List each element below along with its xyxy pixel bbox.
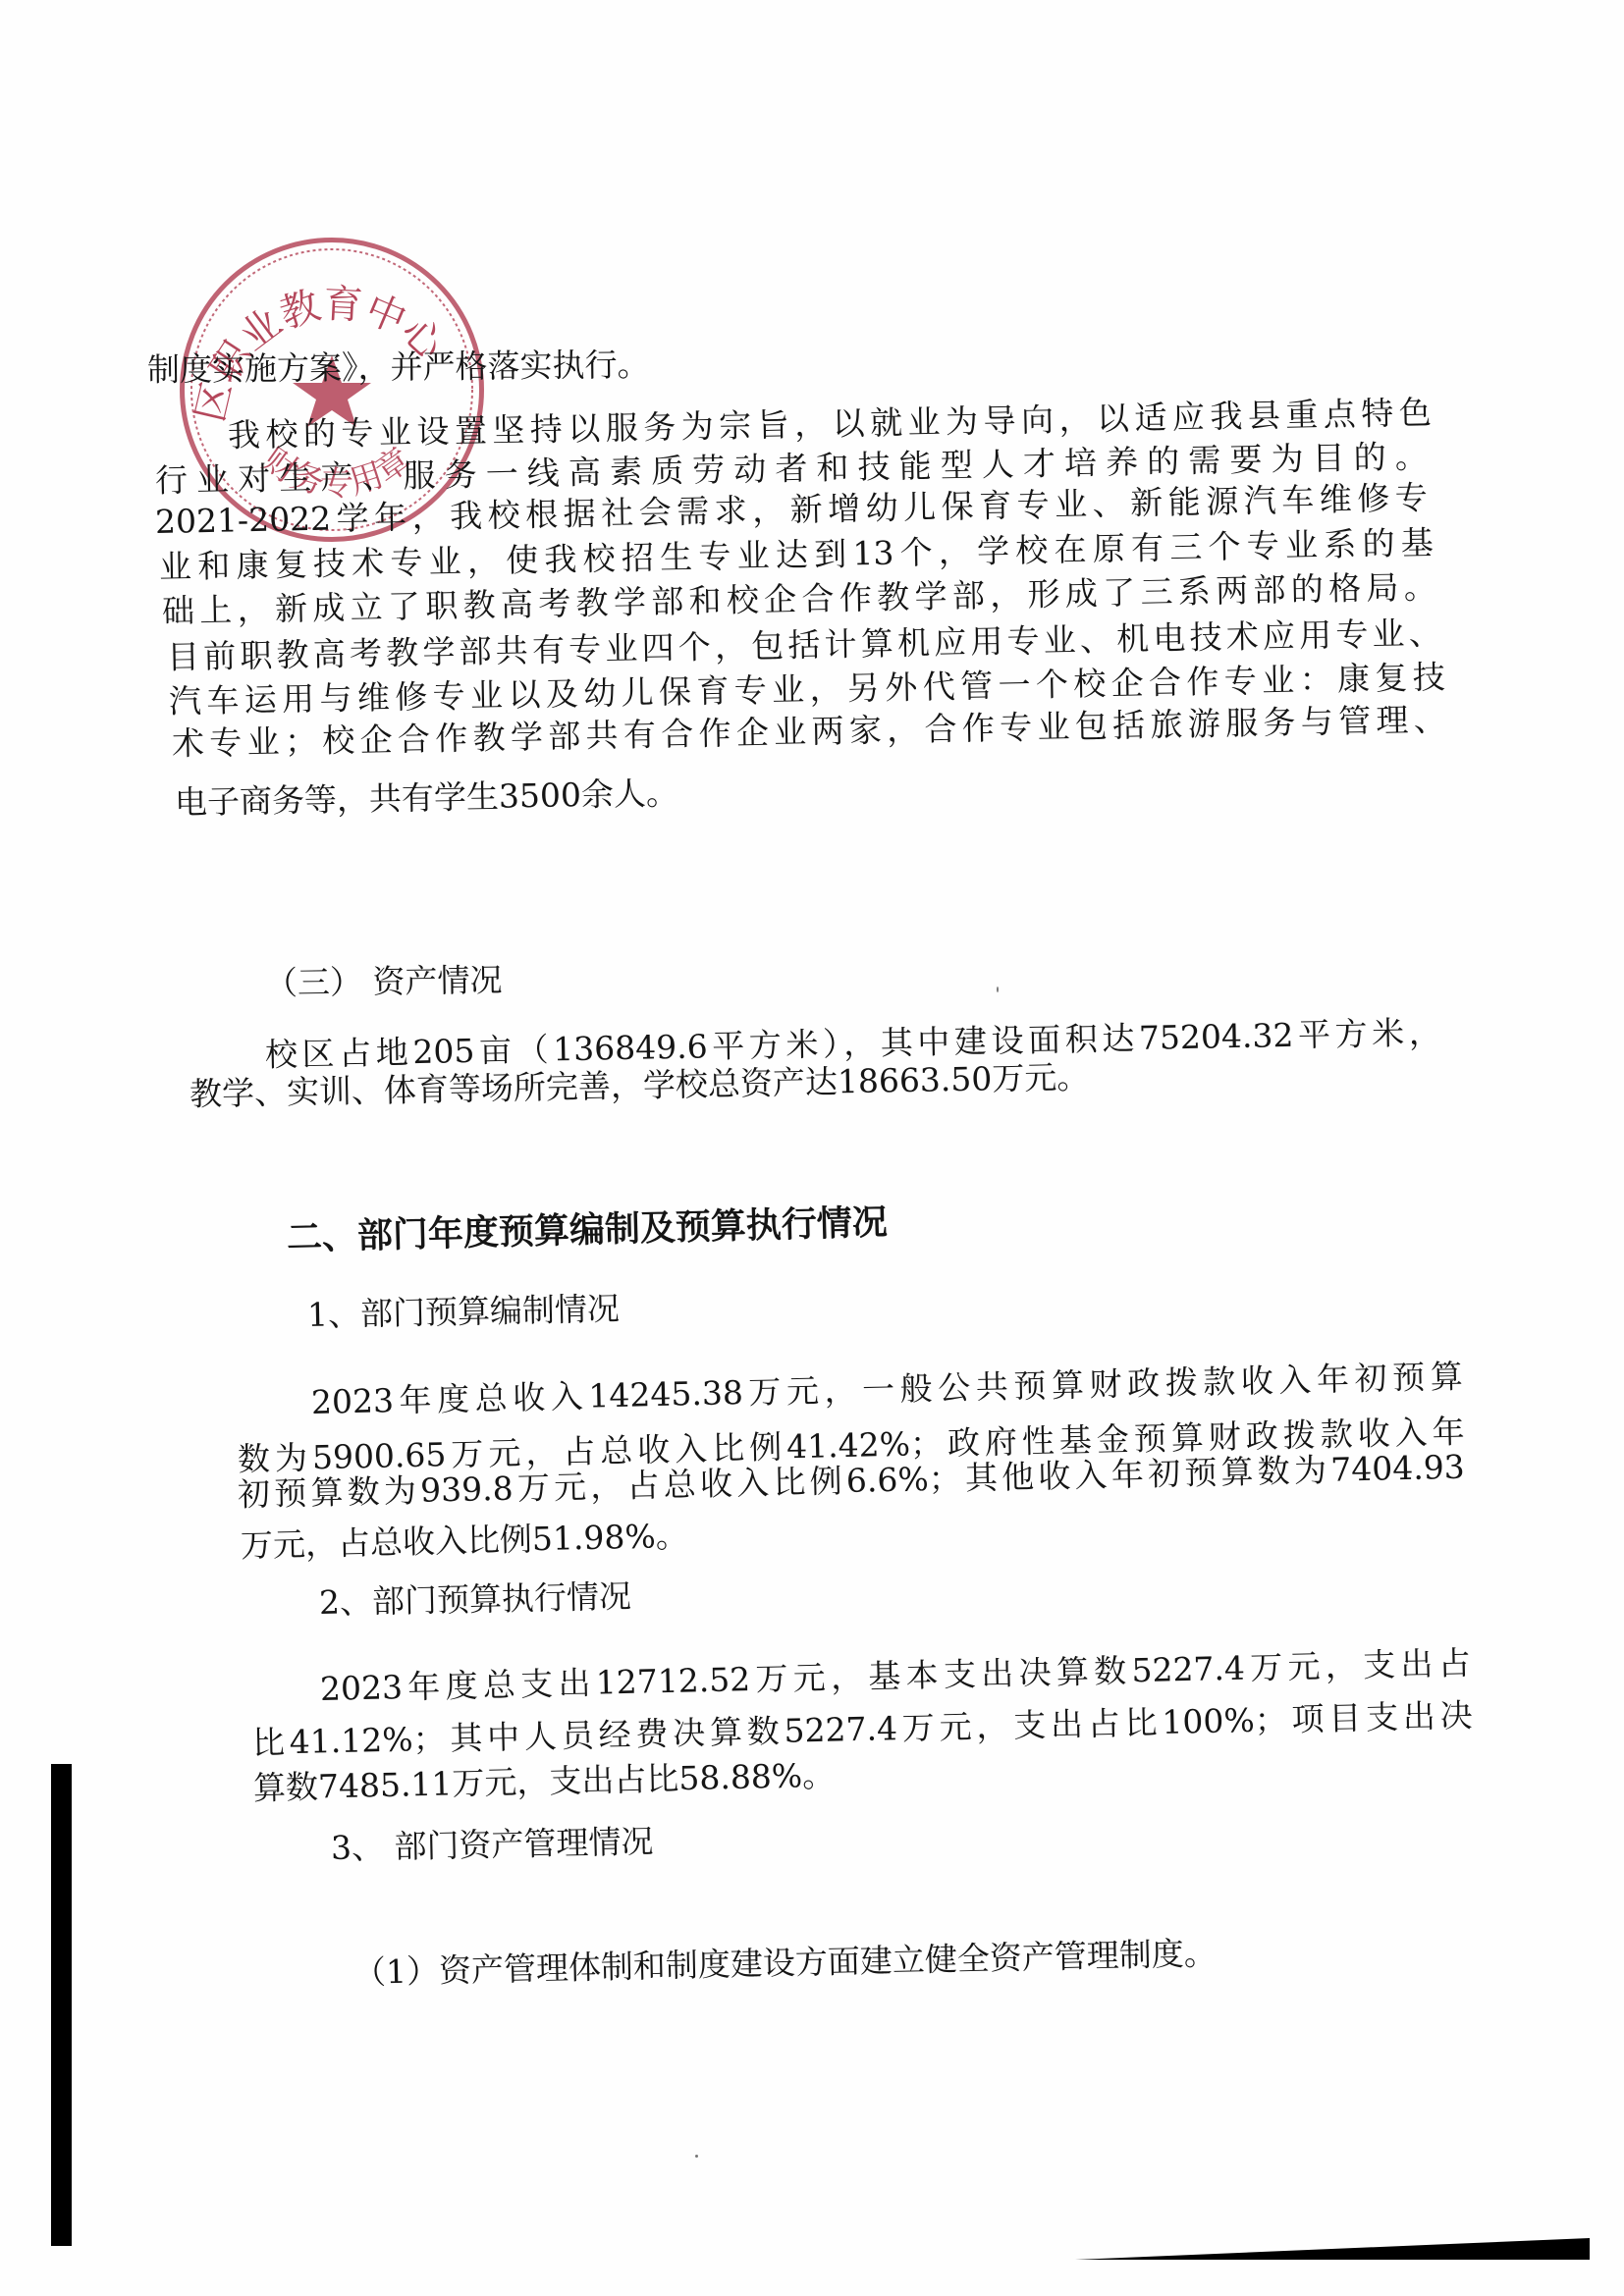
paragraph-line: 电子商务等，共有学生3500余人。 [175,774,679,823]
section-heading-budget: 二、部门年度预算编制及预算执行情况 [286,1202,888,1257]
subsection-heading-asset-management: 3、 部门资产管理情况 [331,1822,654,1868]
paragraph-line: 算数7485.11万元，支出占比58.88%。 [253,1756,836,1808]
scan-speck [1365,444,1367,446]
subsection-heading-budget-preparation: 1、部门预算编制情况 [307,1289,621,1335]
scanned-document-page: 区职业教育中心 财务专用章 制度实施方案》，并严格落实执行。 我校的专业设置坚持… [0,0,1624,2296]
paragraph-line: 2023年度总收入14245.38万元，一般公共预算财政拨款收入年初预算 [311,1357,1464,1422]
scan-speck [997,987,999,992]
intro-tail-line: 制度实施方案》，并严格落实执行。 [147,346,650,390]
scan-speck [695,2155,698,2158]
scan-edge-shadow-left [51,1764,72,2246]
section-heading-assets: （三） 资产情况 [265,961,503,1003]
subsection-heading-budget-execution: 2、部门预算执行情况 [319,1576,632,1623]
paragraph-line: 万元，占总收入比例51.98%。 [241,1517,689,1566]
scan-edge-shadow-bottom [1075,2238,1590,2260]
asset-management-item-1: （1）资产管理体制和制度建设方面建立健全资产管理制度。 [353,1934,1218,1993]
